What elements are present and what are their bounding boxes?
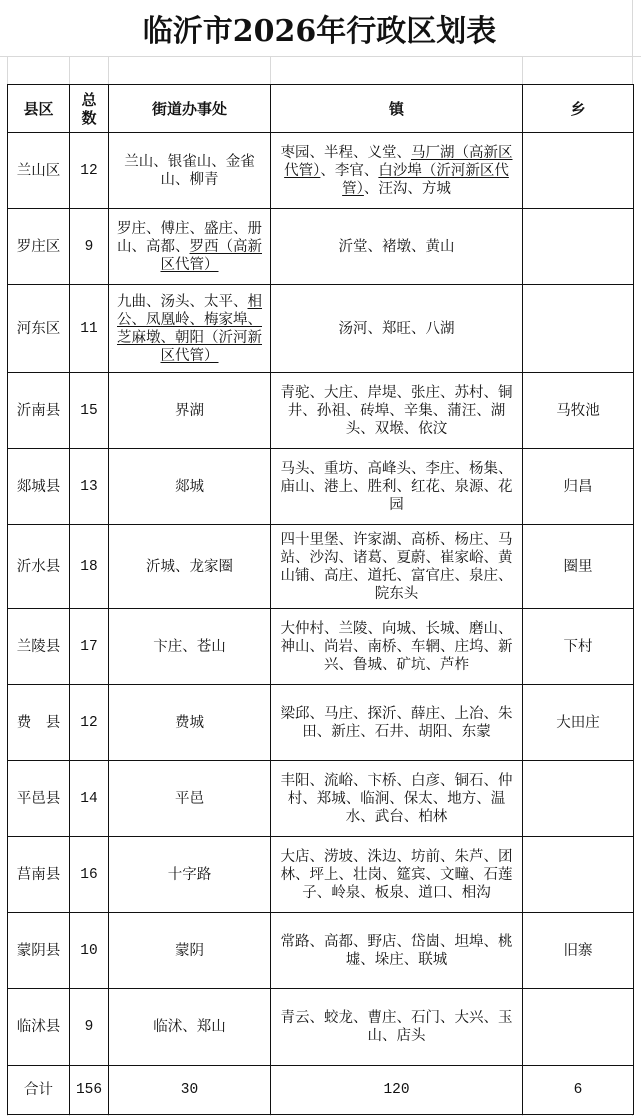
total-townships: 6 [523,1066,634,1115]
subdistrict-text: 郯城 [175,479,204,495]
table-row: 兰陵县17卞庄、苍山大仲村、兰陵、向城、长城、磨山、神山、尚岩、南桥、车辋、庄坞… [8,609,634,685]
county-name: 兰山区 [8,133,70,209]
total-count: 11 [70,285,109,373]
subdistricts-cell: 卞庄、苍山 [109,609,271,685]
townships-cell: 下村 [523,609,634,685]
table-row: 蒙阴县10蒙阴常路、高都、野店、岱崮、坦埠、桃墟、垛庄、联城旧寨 [8,913,634,989]
total-row: 合计 156 30 120 6 [8,1066,634,1115]
county-name: 莒南县 [8,837,70,913]
subdistrict-text: 界湖 [175,403,204,419]
town-text: 青驼、大庄、岸堤、张庄、苏村、铜井、孙祖、砖埠、辛集、蒲汪、湖头、双堠、依汶 [281,385,513,437]
towns-cell: 青驼、大庄、岸堤、张庄、苏村、铜井、孙祖、砖埠、辛集、蒲汪、湖头、双堠、依汶 [271,373,523,449]
subdistrict-text: 十字路 [168,867,212,883]
town-text: 大仲村、兰陵、向城、长城、磨山、神山、尚岩、南桥、车辋、庄坞、新兴、鲁城、矿坑、… [281,621,513,673]
county-name: 沂南县 [8,373,70,449]
total-count: 12 [70,685,109,761]
total-count: 156 [70,1066,109,1115]
total-count: 9 [70,209,109,285]
subdistricts-cell: 沂城、龙家圈 [109,525,271,609]
county-name: 郯城县 [8,449,70,525]
subdistricts-cell: 郯城 [109,449,271,525]
subdistricts-cell: 罗庄、傅庄、盛庄、册山、高都、罗西（高新区代管） [109,209,271,285]
townships-cell: 马牧池 [523,373,634,449]
town-text: 枣园、半程、义堂、 [281,145,412,161]
town-text: 沂堂、褚墩、黄山 [339,239,455,255]
townships-cell: 旧寨 [523,913,634,989]
subdistricts-cell: 界湖 [109,373,271,449]
town-text: 马头、重坊、高峰头、李庄、杨集、庙山、港上、胜利、红花、泉源、花园 [281,461,513,513]
towns-cell: 四十里堡、许家湖、高桥、杨庄、马站、沙沟、诸葛、夏蔚、崔家峪、黄山铺、高庄、道托… [271,525,523,609]
town-text: 丰阳、流峪、卞桥、白彦、铜石、仲村、郑城、临涧、保太、地方、温水、武台、柏林 [281,773,513,825]
townships-cell: 大田庄 [523,685,634,761]
towns-cell: 丰阳、流峪、卞桥、白彦、铜石、仲村、郑城、临涧、保太、地方、温水、武台、柏林 [271,761,523,837]
towns-cell: 梁邱、马庄、探沂、薛庄、上冶、朱田、新庄、石井、胡阳、东蒙 [271,685,523,761]
subdistricts-cell: 兰山、银雀山、金雀山、柳青 [109,133,271,209]
county-name: 蒙阴县 [8,913,70,989]
total-subdistricts: 30 [109,1066,271,1115]
townships-cell [523,837,634,913]
total-towns: 120 [271,1066,523,1115]
towns-cell: 常路、高都、野店、岱崮、坦埠、桃墟、垛庄、联城 [271,913,523,989]
subdistrict-text: 九曲、汤头、太平、 [117,294,248,310]
total-count: 16 [70,837,109,913]
townships-cell: 归昌 [523,449,634,525]
townships-cell [523,133,634,209]
page-title: 临沂市2026年行政区划表 [7,0,632,56]
subdistrict-text: 临沭、郑山 [153,1019,226,1035]
townships-cell [523,761,634,837]
subdistricts-cell: 平邑 [109,761,271,837]
subdistricts-cell: 十字路 [109,837,271,913]
total-count: 18 [70,525,109,609]
header-townships: 乡 [523,85,634,133]
towns-cell: 枣园、半程、义堂、马厂湖（高新区代管）、李官、白沙埠（沂河新区代管）、汪沟、方城 [271,133,523,209]
header-towns: 镇 [271,85,523,133]
county-name: 平邑县 [8,761,70,837]
table-row: 河东区11九曲、汤头、太平、相公、凤凰岭、梅家埠、芝麻墩、朝阳（沂河新区代管）汤… [8,285,634,373]
table-row: 沂南县15界湖青驼、大庄、岸堤、张庄、苏村、铜井、孙祖、砖埠、辛集、蒲汪、湖头、… [8,373,634,449]
subdistricts-cell: 九曲、汤头、太平、相公、凤凰岭、梅家埠、芝麻墩、朝阳（沂河新区代管） [109,285,271,373]
division-table: 县区 总数 街道办事处 镇 乡 兰山区12兰山、银雀山、金雀山、柳青枣园、半程、… [7,84,634,1115]
table-row: 郯城县13郯城马头、重坊、高峰头、李庄、杨集、庙山、港上、胜利、红花、泉源、花园… [8,449,634,525]
header-county: 县区 [8,85,70,133]
town-text: 大店、涝坡、洙边、坊前、朱芦、团林、坪上、壮岗、筵宾、文疃、石莲子、岭泉、板泉、… [281,849,513,901]
subdistrict-text: 兰山、银雀山、金雀山、柳青 [124,154,255,188]
total-count: 10 [70,913,109,989]
subdistricts-cell: 临沭、郑山 [109,989,271,1066]
table-row: 平邑县14平邑丰阳、流峪、卞桥、白彦、铜石、仲村、郑城、临涧、保太、地方、温水、… [8,761,634,837]
townships-cell [523,209,634,285]
county-name: 沂水县 [8,525,70,609]
towns-cell: 汤河、郑旺、八湖 [271,285,523,373]
total-count: 15 [70,373,109,449]
table-row: 莒南县16十字路大店、涝坡、洙边、坊前、朱芦、团林、坪上、壮岗、筵宾、文疃、石莲… [8,837,634,913]
town-text: 汤河、郑旺、八湖 [339,321,455,337]
county-name: 临沭县 [8,989,70,1066]
towns-cell: 大仲村、兰陵、向城、长城、磨山、神山、尚岩、南桥、车辋、庄坞、新兴、鲁城、矿坑、… [271,609,523,685]
table-row: 费 县12费城梁邱、马庄、探沂、薛庄、上冶、朱田、新庄、石井、胡阳、东蒙大田庄 [8,685,634,761]
county-name: 兰陵县 [8,609,70,685]
total-count: 13 [70,449,109,525]
total-count: 9 [70,989,109,1066]
header-row: 县区 总数 街道办事处 镇 乡 [8,85,634,133]
total-count: 12 [70,133,109,209]
table-row: 沂水县18沂城、龙家圈四十里堡、许家湖、高桥、杨庄、马站、沙沟、诸葛、夏蔚、崔家… [8,525,634,609]
towns-cell: 沂堂、褚墩、黄山 [271,209,523,285]
townships-cell: 圈里 [523,525,634,609]
county-name: 罗庄区 [8,209,70,285]
townships-cell [523,285,634,373]
town-text: 梁邱、马庄、探沂、薛庄、上冶、朱田、新庄、石井、胡阳、东蒙 [281,706,513,740]
subdistricts-cell: 费城 [109,685,271,761]
town-text: 、汪沟、方城 [364,181,451,197]
townships-cell [523,989,634,1066]
subdistrict-text: 平邑 [175,791,204,807]
subdistrict-text: 沂城、龙家圈 [146,559,233,575]
town-text: 青云、蛟龙、曹庄、石门、大兴、玉山、店头 [281,1010,513,1044]
towns-cell: 马头、重坊、高峰头、李庄、杨集、庙山、港上、胜利、红花、泉源、花园 [271,449,523,525]
county-name: 河东区 [8,285,70,373]
county-name: 费 县 [8,685,70,761]
total-label: 合计 [8,1066,70,1115]
total-count: 14 [70,761,109,837]
towns-cell: 大店、涝坡、洙边、坊前、朱芦、团林、坪上、壮岗、筵宾、文疃、石莲子、岭泉、板泉、… [271,837,523,913]
town-text: 四十里堡、许家湖、高桥、杨庄、马站、沙沟、诸葛、夏蔚、崔家峪、黄山铺、高庄、道托… [281,532,513,602]
subdistrict-text: 费城 [175,715,204,731]
town-text: 常路、高都、野店、岱崮、坦埠、桃墟、垛庄、联城 [281,934,513,968]
total-count: 17 [70,609,109,685]
subdistrict-text: 蒙阴 [175,943,204,959]
header-total: 总数 [70,85,109,133]
town-text: 、李官、 [320,163,378,179]
table-row: 临沭县9临沭、郑山青云、蛟龙、曹庄、石门、大兴、玉山、店头 [8,989,634,1066]
towns-cell: 青云、蛟龙、曹庄、石门、大兴、玉山、店头 [271,989,523,1066]
header-subdistricts: 街道办事处 [109,85,271,133]
subdistricts-cell: 蒙阴 [109,913,271,989]
table-row: 罗庄区9罗庄、傅庄、盛庄、册山、高都、罗西（高新区代管）沂堂、褚墩、黄山 [8,209,634,285]
table-row: 兰山区12兰山、银雀山、金雀山、柳青枣园、半程、义堂、马厂湖（高新区代管）、李官… [8,133,634,209]
subdistrict-text: 卞庄、苍山 [153,639,226,655]
